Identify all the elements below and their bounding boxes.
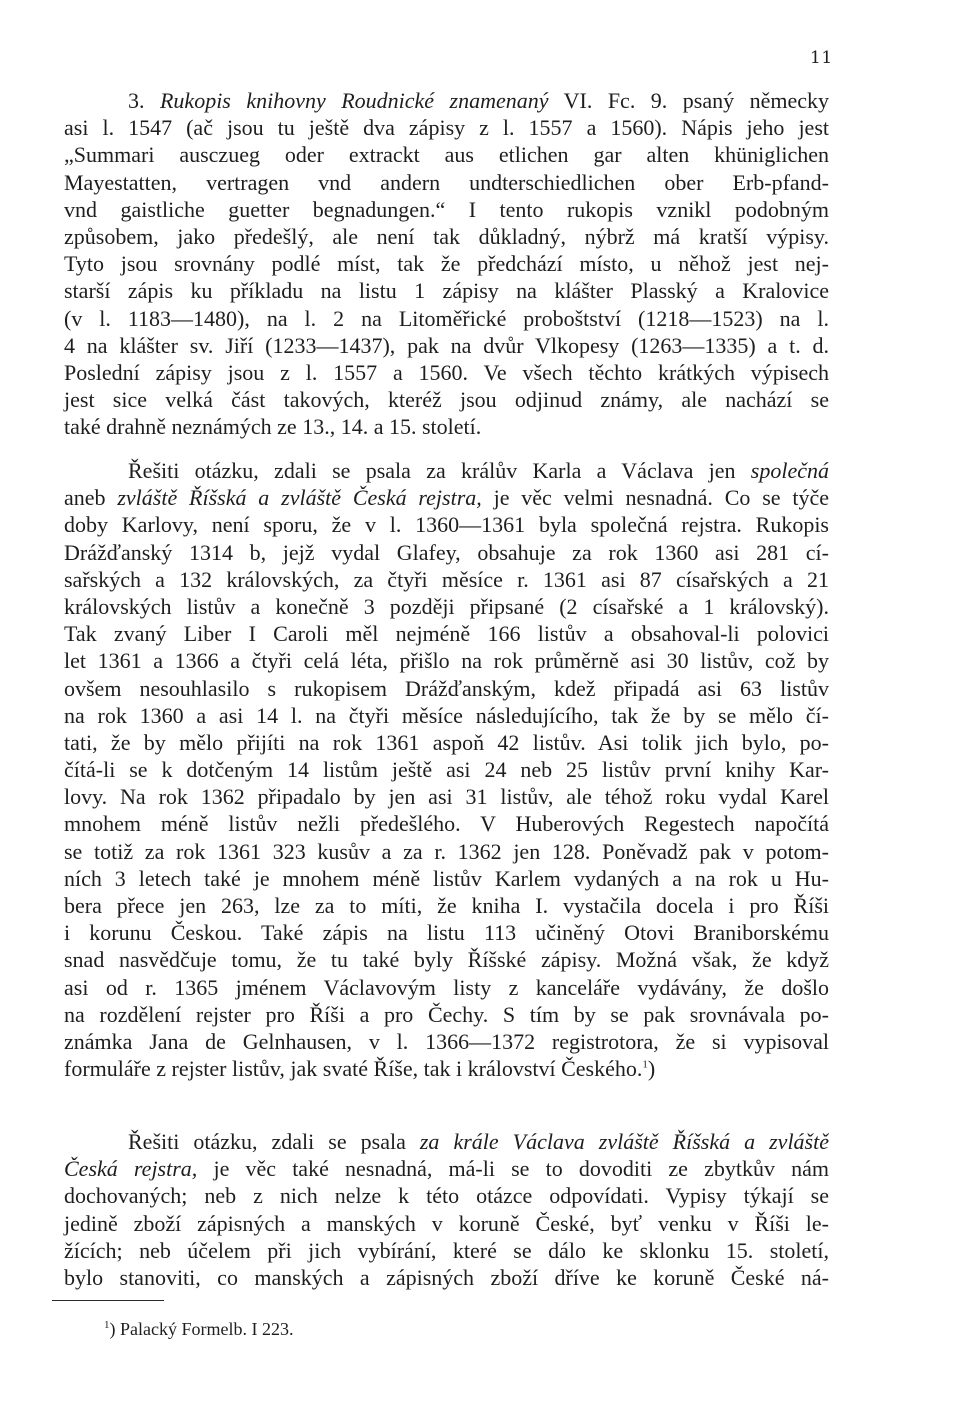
page-number: 11	[810, 48, 833, 68]
text-line: známka Jana de Gelnhausen, v l. 1366—137…	[64, 1028, 829, 1055]
text-line: bera přece jen 263, lze za to míti, že k…	[64, 892, 829, 919]
footnote: 1) Palacký Formelb. I 223.	[104, 1319, 293, 1340]
text-line: dochovaných; neb z nich nelze k této otá…	[64, 1182, 829, 1209]
text-line: na rok 1360 a asi 14 l. na čtyři měsíce …	[64, 702, 829, 729]
text-line: způsobem, jako předešlý, ale není tak dů…	[64, 223, 829, 250]
text-line: doby Karlovy, není sporu, že v l. 1360—1…	[64, 511, 829, 538]
text-line: 3. Rukopis knihovny Roudnické znamenaný …	[64, 87, 829, 114]
text-line: lovy. Na rok 1362 připadalo by jen asi 3…	[64, 783, 829, 810]
text-line: jest sice velká část takových, kteréž js…	[64, 386, 829, 413]
text-line: Tyto jsou srovnány podlé míst, tak že př…	[64, 250, 829, 277]
text-line: čítá-li se k dotčeným 14 listům ještě as…	[64, 756, 829, 783]
text-line: aneb zvláště Říšská a zvláště Česká rejs…	[64, 484, 829, 511]
text-line: starší zápis ku příkladu na listu 1 zápi…	[64, 277, 829, 304]
text-line: tati, že by mělo přijíti na rok 1361 asp…	[64, 729, 829, 756]
text-line: (v l. 1183—1480), na l. 2 na Litoměřické…	[64, 305, 829, 332]
footnote-divider	[52, 1300, 164, 1301]
text-line: na rozdělení rejster pro Říši a pro Čech…	[64, 1001, 829, 1028]
text-line: bylo stanoviti, co manských a zápisných …	[64, 1264, 829, 1291]
text-line: také drahně neznámých ze 13., 14. a 15. …	[64, 413, 829, 440]
paragraph-vaclav-registers: Řešiti otázku, zdali se psala za krále V…	[64, 1128, 829, 1291]
paragraph-manuscript-roudnice: 3. Rukopis knihovny Roudnické znamenaný …	[64, 87, 829, 440]
text-line: královských listův a konečně 3 později p…	[64, 593, 829, 620]
text-line: žících; neb účelem při jich vybírání, kt…	[64, 1237, 829, 1264]
text-line: ovšem nesouhlasilo s rukopisem Drážďansk…	[64, 675, 829, 702]
text-line: asi od r. 1365 jménem Václavovým listy z…	[64, 974, 829, 1001]
text-line: Řešiti otázku, zdali se psala za krále V…	[64, 1128, 829, 1155]
paragraph-karel-vaclav-registers: Řešiti otázku, zdali se psala za králův …	[64, 457, 829, 1082]
text-line: mnohem méně listův nežli předešlého. V H…	[64, 810, 829, 837]
text-line: jedině zboží zápisných a manských v koru…	[64, 1210, 829, 1237]
text-line: Česká rejstra, je věc také nesnadná, má-…	[64, 1155, 829, 1182]
text-line: i korunu Českou. Také zápis na listu 113…	[64, 919, 829, 946]
text-line: Drážďanský 1314 b, jejž vydal Glafey, ob…	[64, 539, 829, 566]
text-line: vnd gaistliche guetter begnadungen.“ I t…	[64, 196, 829, 223]
text-line: formuláře z rejster listův, jak svaté Ří…	[64, 1055, 829, 1082]
text-line: Mayestatten, vertragen vnd andern undter…	[64, 169, 829, 196]
text-line: let 1361 a 1366 a čtyři celá léta, přišl…	[64, 647, 829, 674]
text-line: Řešiti otázku, zdali se psala za králův …	[64, 457, 829, 484]
text-line: ních 3 letech také je mnohem méně listův…	[64, 865, 829, 892]
text-line: asi l. 1547 (ač jsou tu ještě dva zápisy…	[64, 114, 829, 141]
text-line: se totiž za rok 1361 323 kusův a za r. 1…	[64, 838, 829, 865]
text-line: snad nasvědčuje tomu, že tu také byly Ří…	[64, 946, 829, 973]
text-line: 4 na klášter sv. Jiří (1233—1437), pak n…	[64, 332, 829, 359]
text-line: sařských a 132 královských, za čtyři měs…	[64, 566, 829, 593]
text-line: „Summari ausczueg oder extrackt aus etli…	[64, 141, 829, 168]
text-line: Tak zvaný Liber I Caroli měl nejméně 166…	[64, 620, 829, 647]
text-line: Poslední zápisy jsou z l. 1557 a 1560. V…	[64, 359, 829, 386]
